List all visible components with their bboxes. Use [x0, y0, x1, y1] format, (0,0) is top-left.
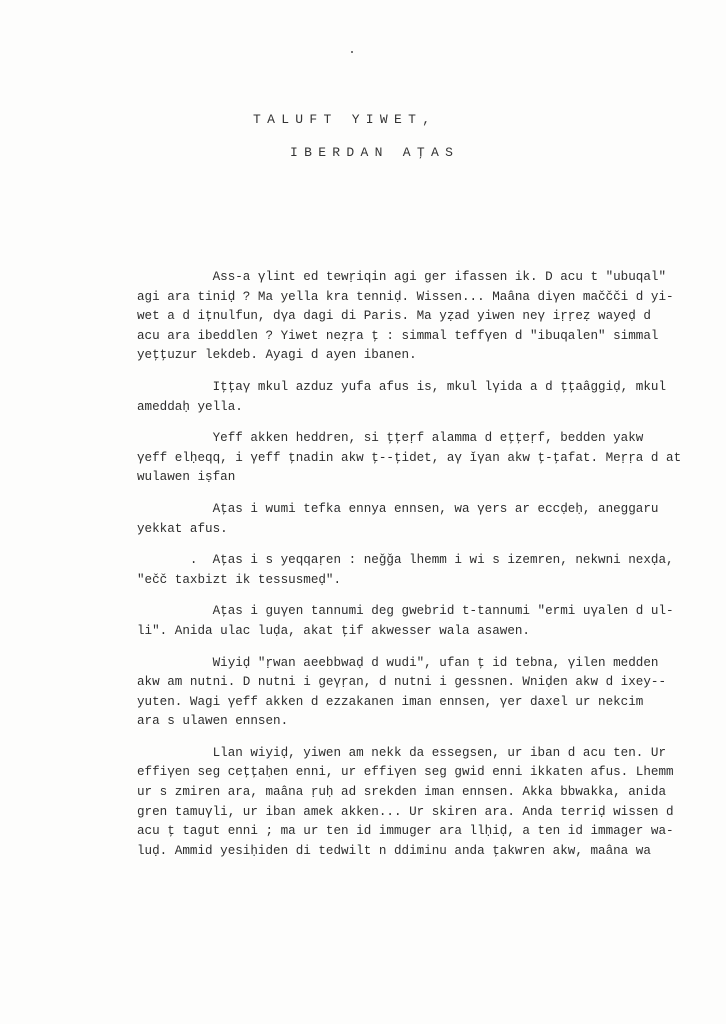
paragraph: . Aţas i s yeqqaṛen : neǧǧa lhemm i wi s…	[137, 551, 657, 590]
typewritten-page: TALUFT YIWET, IBERDAN AŢAS Ass-a γlint e…	[0, 0, 726, 1024]
text-line: li". Anida ulac luḍa, akat ţif akwesser …	[137, 622, 657, 642]
text-line: ara s ulawen ennsen.	[137, 712, 657, 732]
paragraph: Yeff akken heddren, si ţţeṛf alamma d eţ…	[137, 429, 657, 488]
document-title: TALUFT YIWET,	[253, 112, 436, 127]
text-line: Yeff akken heddren, si ţţeṛf alamma d eţ…	[137, 429, 657, 449]
text-line: . Aţas i s yeqqaṛen : neǧǧa lhemm i wi s…	[137, 551, 657, 571]
text-line: yeţţuzur lekdeb. Ayagi d ayen ibanen.	[137, 346, 657, 366]
text-line: Ass-a γlint ed tewṛiqin agi ger ifassen …	[137, 268, 657, 288]
text-line: agi ara tiniḍ ? Ma yella kra tenniḍ. Wis…	[137, 288, 657, 308]
text-line: Iţţaγ mkul azduz yufa afus is, mkul lγid…	[137, 378, 657, 398]
text-line: gren tamuγli, ur iban amek akken... Ur s…	[137, 803, 657, 823]
text-line: akw am nutni. D nutni i geγṛan, d nutni …	[137, 673, 657, 693]
text-line: effiγen seg ceţţaḥen enni, ur effiγen se…	[137, 763, 657, 783]
text-line: wet a d iţnulfun, dγa dagi di Paris. Ma …	[137, 307, 657, 327]
text-line: Aţas i guγen tannumi deg gwebrid t-tannu…	[137, 602, 657, 622]
text-line: ameddaḥ yella.	[137, 398, 657, 418]
text-line: ur s zmiren ara, maâna ṛuḥ ad srekden im…	[137, 783, 657, 803]
paragraph: Wiyiḍ "ṛwan aeebbwaḍ d wudi", ufan ţ id …	[137, 654, 657, 732]
paragraph: Ass-a γlint ed tewṛiqin agi ger ifassen …	[137, 268, 657, 366]
text-line: γeff elḥeqq, i γeff ţnadin akw ţ--ţidet,…	[137, 449, 657, 469]
text-line: yuten. Wagi γeff akken d ezzakanen iman …	[137, 693, 657, 713]
text-line: Llan wiyiḍ, yiwen am nekk da essegsen, u…	[137, 744, 657, 764]
text-line: wulawen iṣfan	[137, 468, 657, 488]
paragraph: Llan wiyiḍ, yiwen am nekk da essegsen, u…	[137, 744, 657, 862]
paragraph: Iţţaγ mkul azduz yufa afus is, mkul lγid…	[137, 378, 657, 417]
text-line: acu ţ tagut enni ; ma ur ten id immuger …	[137, 822, 657, 842]
paper-speck	[351, 51, 353, 53]
document-body: Ass-a γlint ed tewṛiqin agi ger ifassen …	[137, 268, 657, 861]
paragraph: Aţas i guγen tannumi deg gwebrid t-tannu…	[137, 602, 657, 641]
document-subtitle: IBERDAN AŢAS	[290, 145, 459, 160]
text-line: "ečč taxbizt ik tessusmeḍ".	[137, 571, 657, 591]
text-line: Aţas i wumi tefka ennya ennsen, wa γers …	[137, 500, 657, 520]
text-line: luḍ. Ammid yesiḥiden di tedwilt n ddimin…	[137, 842, 657, 862]
text-line: yekkat afus.	[137, 520, 657, 540]
paragraph: Aţas i wumi tefka ennya ennsen, wa γers …	[137, 500, 657, 539]
text-line: acu ara ibeddlen ? Yiwet neẓṛa ţ : simma…	[137, 327, 657, 347]
text-line: Wiyiḍ "ṛwan aeebbwaḍ d wudi", ufan ţ id …	[137, 654, 657, 674]
